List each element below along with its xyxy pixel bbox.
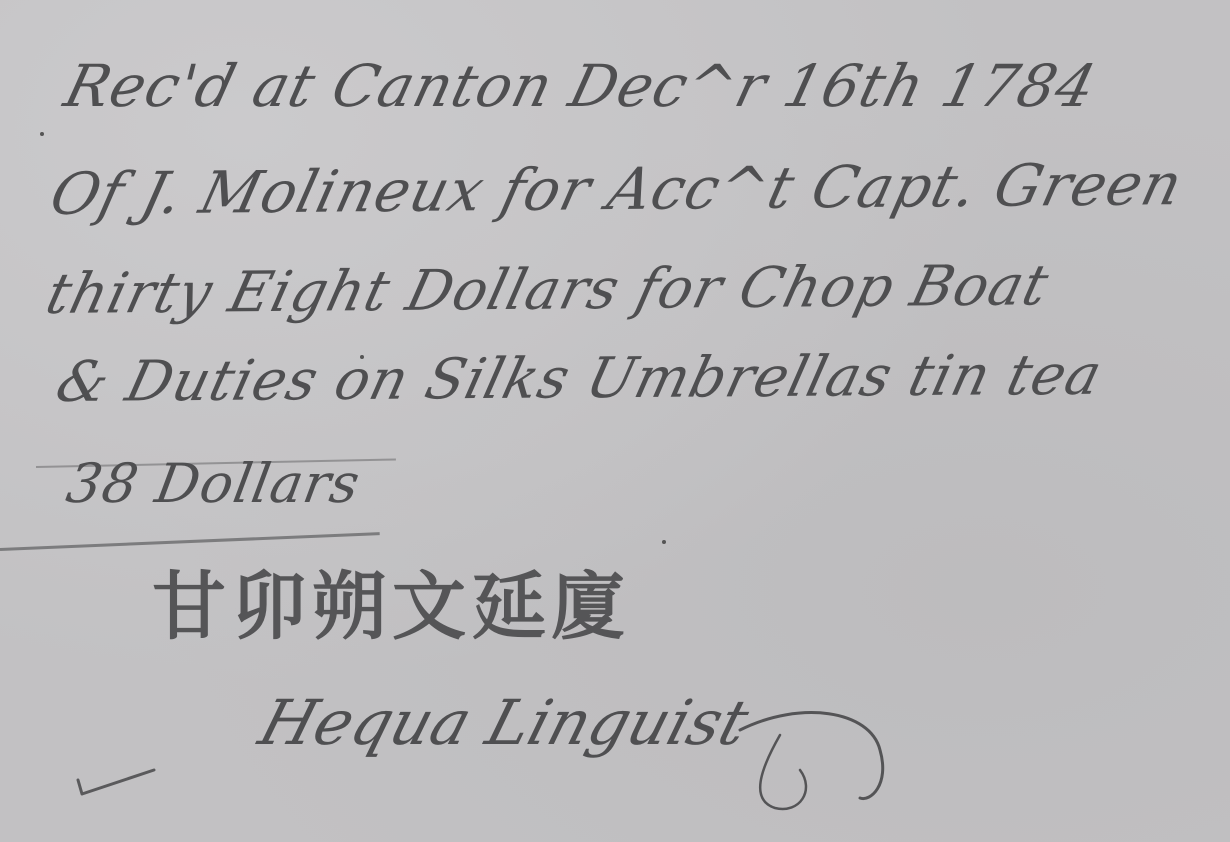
ink-speck [662, 540, 666, 544]
receipt-line-payer: Of J. Molineux for Acc^t Capt. Green [44, 150, 1190, 228]
linguist-signature: Hequa Linguist [252, 686, 757, 759]
check-mark-icon [74, 762, 164, 802]
receipt-line-sum: thirty Eight Dollars for Chop Boat [40, 253, 1055, 327]
ink-speck [360, 355, 364, 359]
receipt-amount: 38 Dollars [62, 452, 365, 515]
chinese-signature: 甘卯朔文延廈 [152, 548, 632, 654]
receipt-line-duties: & Duties on Silks Umbrellas tin tea [50, 343, 1109, 415]
ink-speck [40, 132, 44, 136]
signature-flourish-icon [720, 690, 900, 820]
receipt-line-date: Rec'd at Canton Dec^r 16th 1784 [58, 52, 1103, 120]
receipt-document: Rec'd at Canton Dec^r 16th 1784 Of J. Mo… [0, 0, 1230, 842]
